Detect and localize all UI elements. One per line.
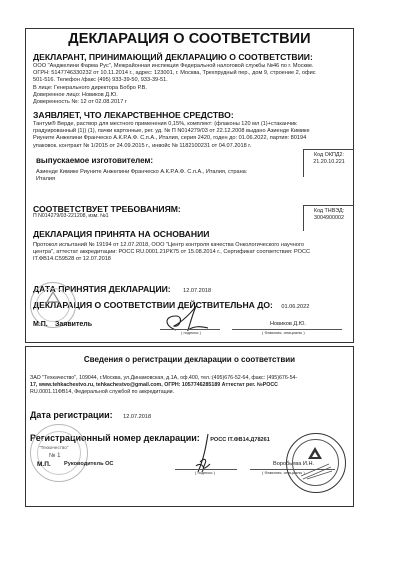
basis-line: IT.ФВ14.С59528 от 12.07.2018 [33, 256, 351, 263]
product-heading: ЗАЯВЛЯЕТ, ЧТО ЛЕКАРСТВЕННОЕ СРЕДСТВО: [33, 110, 234, 120]
declarant-line: В лице: Генерального директора Бобро Р.В… [33, 85, 351, 92]
declarant-role: Заявитель [55, 321, 92, 328]
product-details: Тантум® Верде, раствор для местного прим… [33, 121, 351, 150]
registration-heading: Сведения о регистрации декларации о соот… [25, 355, 354, 364]
registration-line: RU.0001.11ФВ14, Федеральной службой по а… [30, 389, 352, 396]
basis-line: Протокол испытаний № 19194 от 12.07.2018… [33, 242, 351, 249]
manufacturer-line: Италия [36, 176, 296, 183]
stamp-number: № 1 [49, 453, 60, 459]
manufacturer-line: Азиенде Кимике Риуните Анжелини Франческ… [36, 169, 296, 176]
declarant-line: Доверенность №: 12 от 02.08.2017 г [33, 99, 351, 106]
official-round-stamp [286, 433, 346, 493]
document-title: ДЕКЛАРАЦИЯ О СООТВЕТСТВИИ [25, 31, 354, 47]
stamp-triangle-icon [307, 446, 323, 460]
declarant-name: Новиков Д.Ю. [270, 321, 306, 328]
registration-date-label: Дата регистрации: [30, 410, 113, 420]
product-line: Риуните Анжелини Франческо А.К.Р.А.Ф. С.… [33, 135, 351, 142]
declarant-line: ОГРН: 5147746330232 от 10.11.2014 г., ад… [33, 70, 351, 77]
certification-body-stamp: "Техкачество" № 1 [30, 424, 88, 482]
basis-details: Протокол испытаний № 19194 от 12.07.2018… [33, 242, 351, 264]
stamp-org-name: "Техкачество" [39, 445, 68, 450]
declarant-heading: ДЕКЛАРАНТ, ПРИНИМАЮЩИЙ ДЕКЛАРАЦИЮ О СООТ… [33, 52, 313, 62]
basis-heading: ДЕКЛАРАЦИЯ ПРИНЯТА НА ОСНОВАНИИ [33, 229, 209, 239]
registration-signature-caption: ( подпись ) [195, 470, 215, 475]
basis-line: центра", аттестат аккредитации: РОСС RU.… [33, 249, 351, 256]
declarant-name-caption: ( Фамилия, инициалы ) [262, 330, 305, 335]
tnved-label: Код ТНВЭД: [304, 208, 354, 215]
manufacturer-details: Азиенде Кимике Риуните Анжелини Франческ… [36, 169, 296, 183]
okpd-value: 21.20.10.221 [304, 159, 354, 166]
okpd-label: Код ОКПД2: [304, 152, 354, 159]
tnved-code-box: Код ТНВЭД: 3004900002 [303, 205, 354, 231]
manufacturer-heading: выпускаемое изготовителем: [36, 156, 153, 165]
declarant-mp-label: М.П. [33, 321, 48, 328]
declarant-details: ООО "Анджелини Фарма Рус", Межрайонная и… [33, 63, 351, 106]
valid-until-value: 01.06.2022 [281, 304, 309, 310]
declarant-signature-caption: ( подпись ) [181, 330, 201, 335]
declarant-line: 501-516. Телефон /факс (495) 933-39-50, … [33, 77, 351, 84]
stamp-text-lines-icon [299, 462, 333, 480]
registration-mp-label: М.П. [37, 461, 51, 468]
requirements-value: П N014279/03-221208, изм. №1 [33, 213, 109, 220]
registration-details: ЗАО "Техкачество", 109044, г.Москва, ул.… [30, 375, 352, 397]
okpd-code-box: Код ОКПД2: 21.20.10.221 [303, 149, 354, 177]
registration-date-value: 12.07.2018 [123, 414, 151, 420]
declarant-signature-icon [162, 304, 210, 332]
product-line: градуированный (1)) (1), пачки картонные… [33, 128, 351, 135]
tnved-value: 3004900002 [304, 215, 354, 222]
registration-role: Руководитель ОС [64, 461, 113, 468]
registration-number-value: РОСС IT.ФВ14.Д78261 [210, 437, 270, 443]
registration-date-row: Дата регистрации: 12.07.2018 [30, 405, 151, 423]
declarant-line: Доверенное лицо: Новиков Д.Ю. [33, 92, 351, 99]
acceptance-date-value: 12.07.2018 [183, 288, 211, 294]
registration-line: ЗАО "Техкачество", 109044, г.Москва, ул.… [30, 375, 352, 382]
stamp-emblem-icon [46, 291, 60, 303]
